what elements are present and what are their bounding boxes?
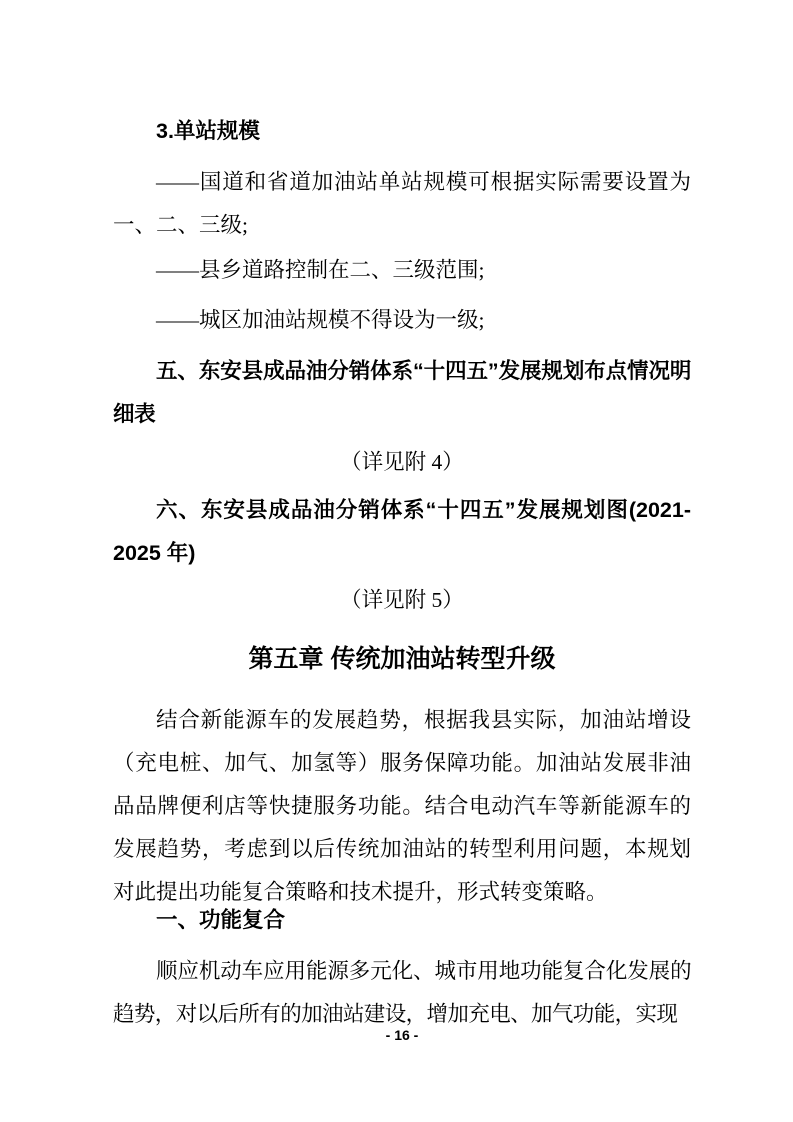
subsection1-heading: 一、功能复合 bbox=[113, 899, 691, 942]
bullet-item: ——国道和省道加油站单站规模可根据实际需要设置为一、二、三级; bbox=[113, 161, 691, 247]
section3-heading: 3.单站规模 bbox=[113, 110, 691, 153]
chapter-title: 第五章 传统加油站转型升级 bbox=[113, 638, 691, 681]
bullet-item: ——城区加油站规模不得设为一级; bbox=[113, 299, 691, 342]
appendix4-ref: （详见附 4） bbox=[113, 441, 691, 484]
subsection1-paragraph: 顺应机动车应用能源多元化、城市用地功能复合化发展的趋势，对以后所有的加油站建设，… bbox=[113, 950, 691, 1036]
appendix5-ref: （详见附 5） bbox=[113, 579, 691, 622]
section6-heading: 六、东安县成品油分销体系“十四五”发展规划图(2021-2025 年) bbox=[113, 489, 691, 575]
section5-heading: 五、东安县成品油分销体系“十四五”发展规划布点情况明细表 bbox=[113, 350, 691, 436]
chapter-intro-paragraph: 结合新能源车的发展趋势，根据我县实际，加油站增设（充电桩、加气、加氢等）服务保障… bbox=[113, 699, 691, 914]
document-page: 3.单站规模 ——国道和省道加油站单站规模可根据实际需要设置为一、二、三级; —… bbox=[0, 0, 793, 1122]
bullet-item: ——县乡道路控制在二、三级范围; bbox=[113, 249, 691, 292]
page-number: - 16 - bbox=[113, 1028, 691, 1042]
